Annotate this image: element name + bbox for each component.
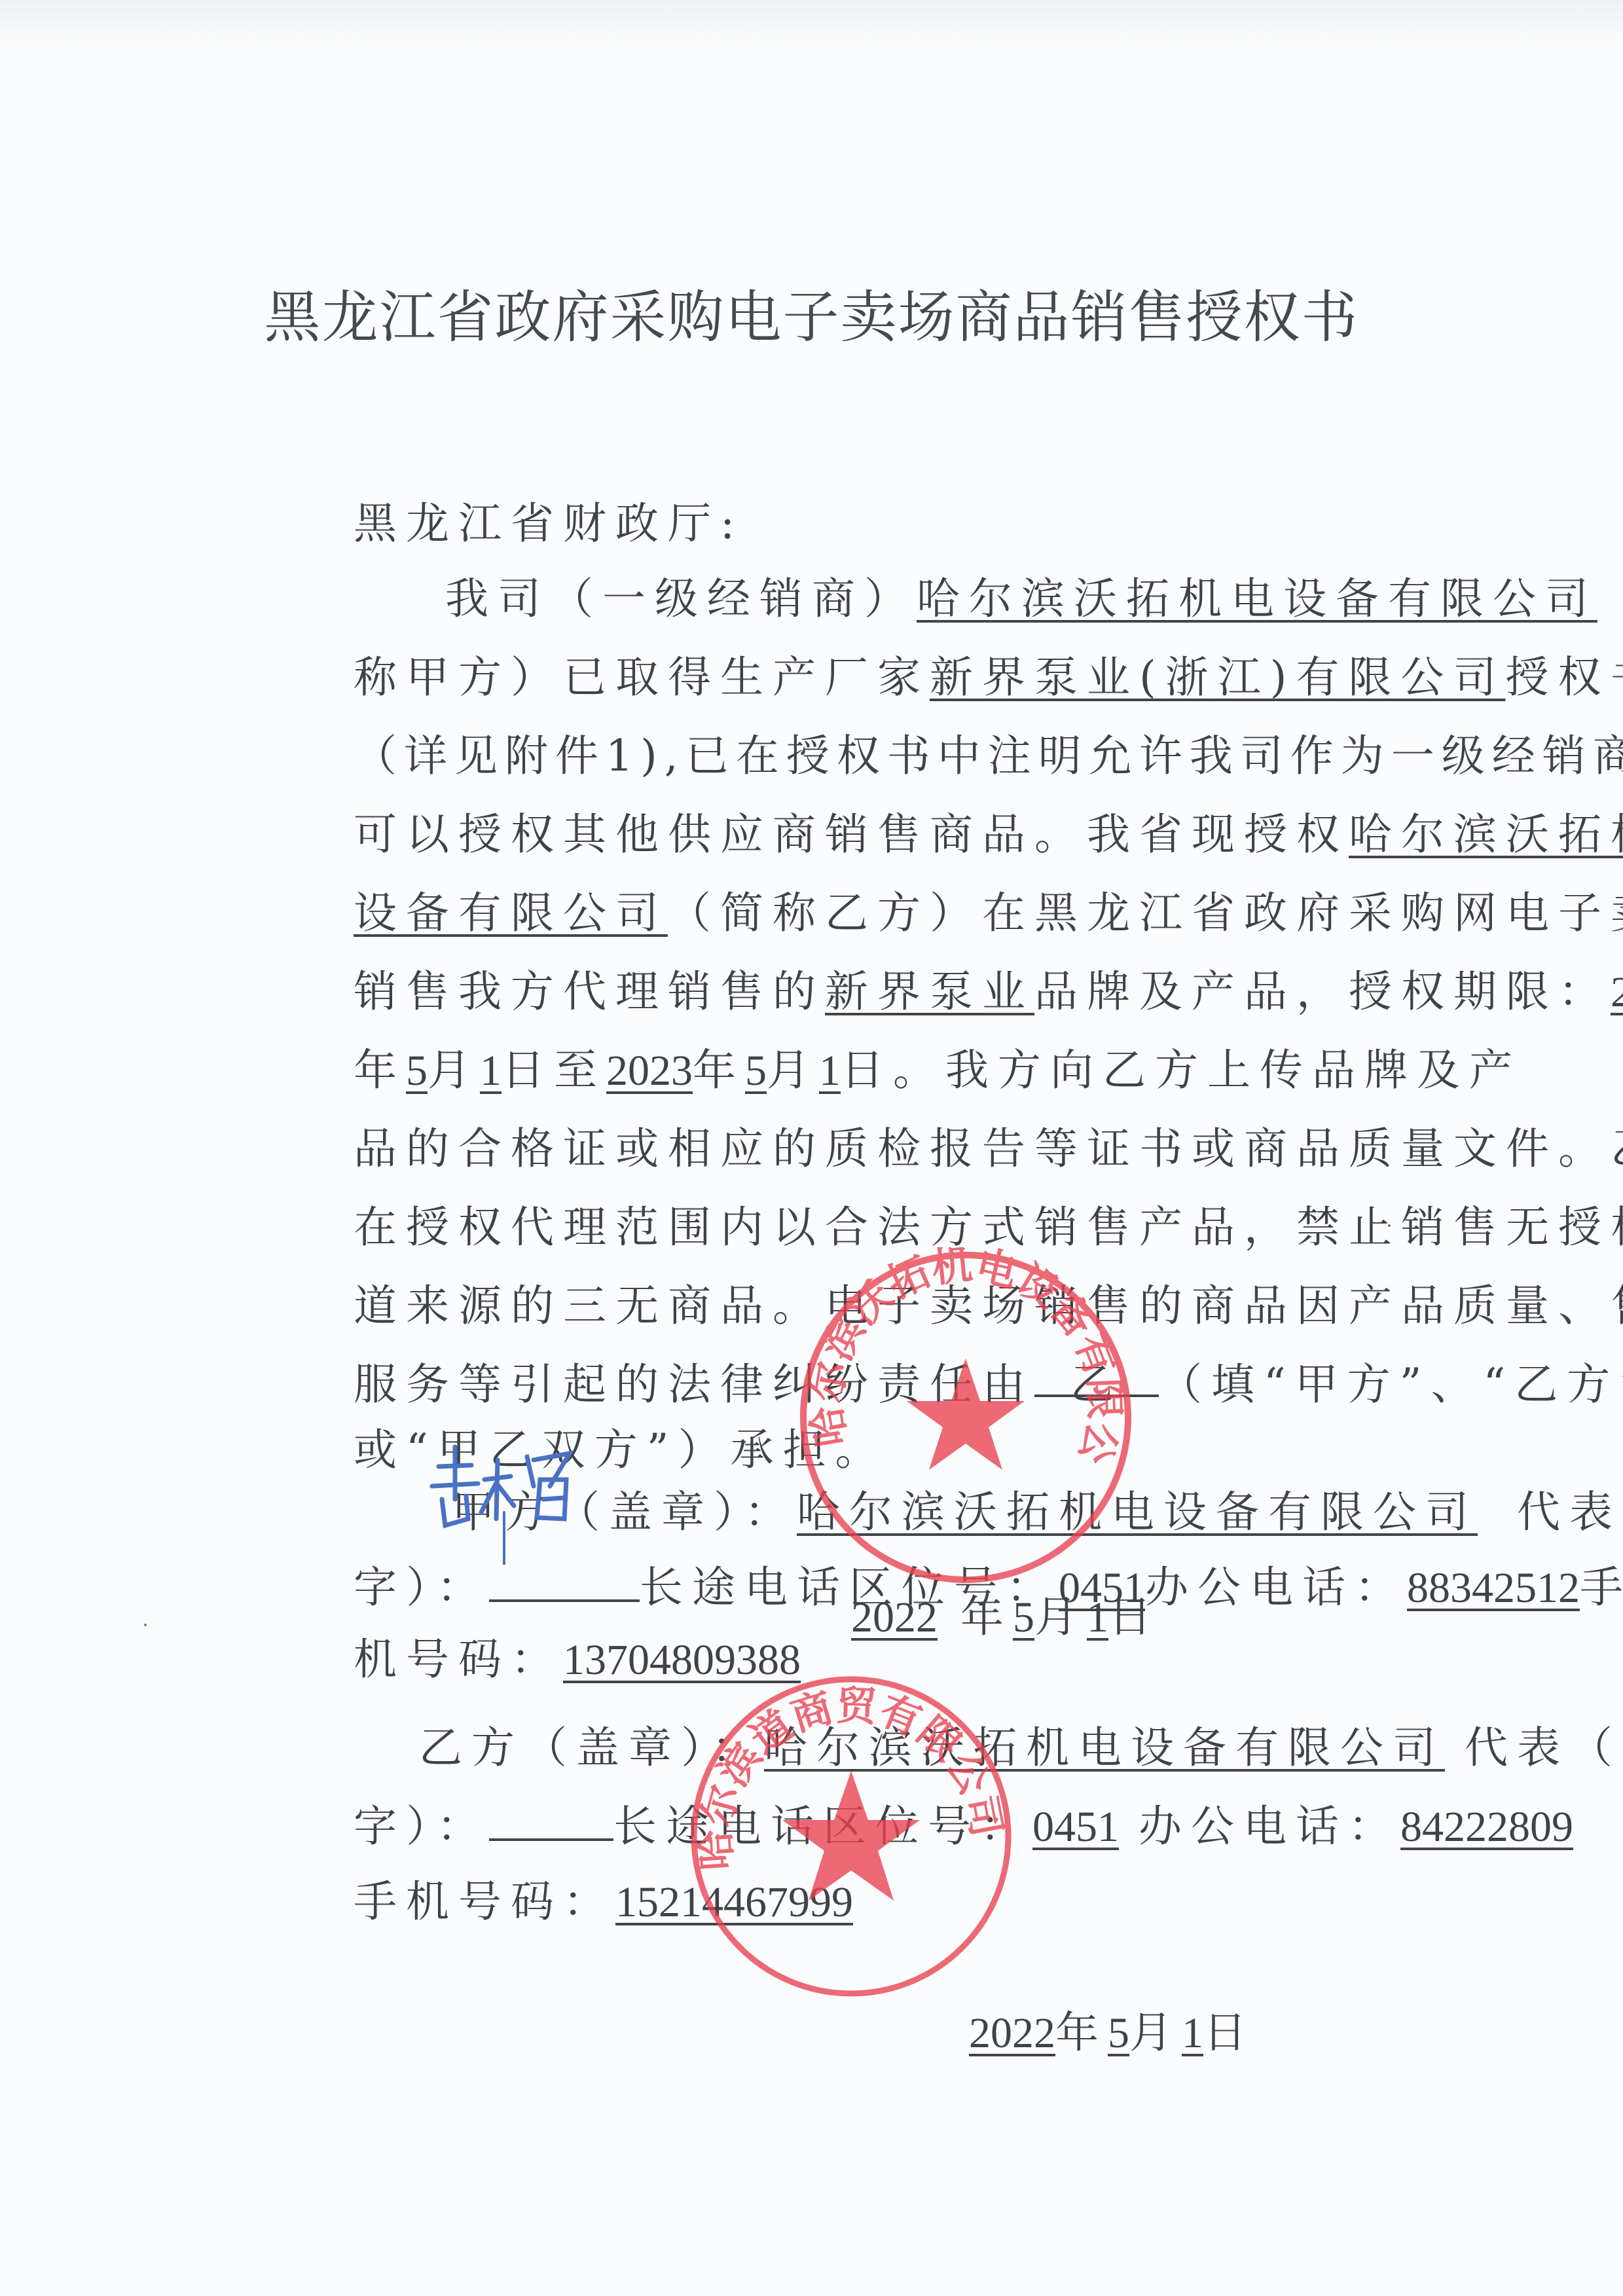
period-start-day: 1: [480, 1047, 501, 1095]
body-line-10: 道来源的三无商品。电子卖场销售的商品因产品质量、售后: [354, 1277, 1545, 1336]
scan-speck: [1388, 1224, 1391, 1227]
party-a-date: 2022 年5月1日: [851, 1588, 1623, 1647]
party-a-mobile: 13704809388: [563, 1636, 801, 1684]
party-b-office-phone: 84222809: [1400, 1803, 1573, 1851]
party-b-company: 哈尔滨沃拓机电设备有限公司: [764, 1722, 1445, 1773]
manufacturer-name: 新界泵业(浙江)有限公司: [930, 652, 1506, 702]
liability-line: 服务等引起的法律纠纷责任由乙（填“甲方”、“乙方”: [354, 1355, 1545, 1414]
period-end-year: 2023: [606, 1047, 693, 1095]
authorized-supplier-name-part2: 设备有限公司: [354, 888, 668, 938]
period-end-day: 1: [819, 1047, 841, 1095]
body-line-2: 称甲方）已取得生产厂家新界泵业(浙江)有限公司授权书: [354, 648, 1545, 707]
scan-speck: [144, 1624, 147, 1626]
body-line-8: 品的合格证或相应的质检报告等证书或商品质量文件。乙方: [354, 1120, 1545, 1178]
document-title: 黑龙江省政府采购电子卖场商品销售授权书: [0, 272, 1623, 353]
distributor-name: 哈尔滨沃拓机电设备有限公司: [917, 574, 1597, 624]
party-b-line-3: 手机号码：15214467999: [354, 1872, 1545, 1932]
body-line-6: 销售我方代理销售的新界泵业品牌及产品，授权期限：2022: [354, 962, 1545, 1022]
body-line-1: 我司（一级经销商）哈尔滨沃拓机电设备有限公司（简: [445, 570, 1623, 629]
liability-fill: 乙: [1034, 1355, 1159, 1397]
authorized-supplier-name-part1: 哈尔滨沃拓机电: [1349, 809, 1623, 860]
body-line-3: （详见附件1),已在授权书中注明允许我司作为一级经销商: [354, 727, 1545, 786]
party-b-date: 2022年5月1日: [969, 2003, 1623, 2063]
body-line-5: 设备有限公司（简称乙方）在黑龙江省政府采购网电子卖场: [354, 884, 1545, 943]
body-line-4: 可以授权其他供应商销售商品。我省现授权哈尔滨沃拓机电: [354, 805, 1545, 864]
period-line: 年5月1日至2023年5月1日。我方向乙方上传品牌及产: [354, 1041, 1545, 1101]
period-end-month: 5: [745, 1047, 767, 1095]
party-b-line-1: 乙方（盖章）：哈尔滨沃拓机电设备有限公司代表（签: [419, 1719, 1611, 1777]
period-start-month: 5: [406, 1047, 428, 1095]
addressee: 黑龙江省财政厅:: [354, 494, 1545, 553]
body-line-9: 在授权代理范围内以合法方式销售产品，禁止销售无授权渠: [354, 1198, 1545, 1257]
period-start-year: 2022: [1611, 968, 1623, 1016]
liability-end: 或“甲乙双方”）承担。: [354, 1421, 1545, 1480]
party-b-mobile: 15214467999: [615, 1878, 853, 1926]
party-a-line-1: 甲方（盖章）：哈尔滨沃拓机电设备有限公司代表（签: [452, 1483, 1623, 1542]
party-a-company: 哈尔滨沃拓机电设备有限公司: [797, 1487, 1478, 1537]
brand-name: 新界泵业: [825, 966, 1034, 1017]
party-b-area-code: 0451: [1032, 1803, 1119, 1851]
party-b-signature-field: [489, 1799, 613, 1841]
party-a-signature-field: [489, 1560, 640, 1602]
scan-top-edge: [0, 0, 1623, 46]
party-b-line-2: 字）：长途电话区位号：0451办公电话：84222809: [354, 1797, 1545, 1857]
